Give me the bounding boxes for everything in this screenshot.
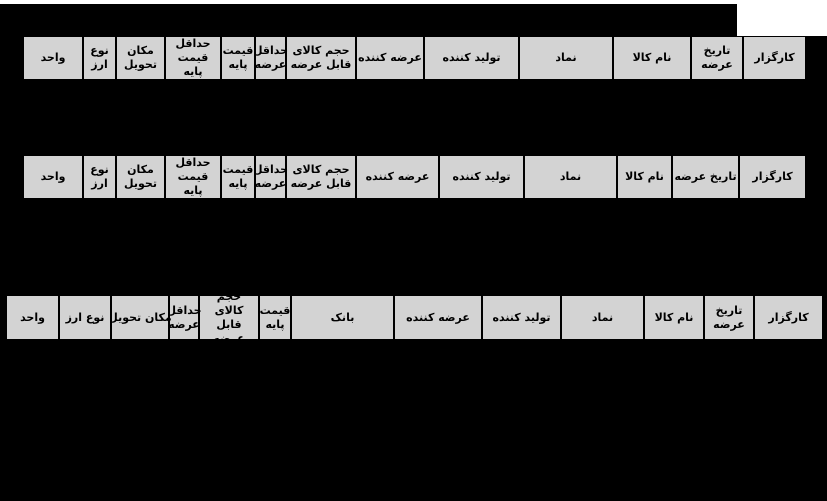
header-unit: واحد <box>7 296 58 339</box>
header-commodity-name: نام کالا <box>614 37 690 79</box>
header-currency-type: نوع ارز <box>84 156 115 198</box>
header-base-price: قیمت پایه <box>222 156 254 198</box>
header-delivery-location: مکان تحویل <box>112 296 168 339</box>
header-commodity-name: نام کالا <box>618 156 671 198</box>
header-min-supply: حداقل عرضه <box>256 156 285 198</box>
header-currency-type: نوع ارز <box>60 296 110 339</box>
header-min-base-price: حداقل قیمت پایه <box>166 156 220 198</box>
header-producer: تولید کننده <box>483 296 560 339</box>
header-min-supply: حداقل عرضه <box>170 296 198 339</box>
table1-header-row: کارگزار تاریخ عرضه نام کالا نماد تولید ک… <box>24 37 805 79</box>
header-supplier: عرضه کننده <box>395 296 481 339</box>
table2-header-row: کارگزار تاریخ عرضه نام کالا نماد تولید ک… <box>24 156 805 198</box>
header-commodity-name: نام کالا <box>645 296 703 339</box>
header-unit: واحد <box>24 37 82 79</box>
header-supply-volume: حجم کالای قابل عرضه <box>287 156 355 198</box>
header-min-supply: حداقل عرضه <box>256 37 285 79</box>
header-symbol: نماد <box>525 156 616 198</box>
header-base-price: قیمت پایه <box>260 296 290 339</box>
header-broker: کارگزار <box>755 296 822 339</box>
header-delivery-location: مکان تحویل <box>117 37 164 79</box>
header-supplier: عرضه کننده <box>357 156 438 198</box>
header-broker: کارگزار <box>744 37 805 79</box>
header-delivery-location: مکان تحویل <box>117 156 164 198</box>
header-bank: بانک <box>292 296 393 339</box>
header-symbol: نماد <box>520 37 612 79</box>
page-top-edge <box>0 0 827 4</box>
header-currency-type: نوع ارز <box>84 37 115 79</box>
header-supply-date: تاریخ عرضه <box>692 37 742 79</box>
header-min-base-price: حداقل قیمت پایه <box>166 37 220 79</box>
header-producer: تولید کننده <box>440 156 523 198</box>
header-unit: واحد <box>24 156 82 198</box>
page-top-right-gap <box>737 0 827 36</box>
header-supplier: عرضه کننده <box>357 37 423 79</box>
header-producer: تولید کننده <box>425 37 518 79</box>
header-supply-date: تاریخ عرضه <box>673 156 738 198</box>
page: { "colors": { "background": "#000000", "… <box>0 0 827 501</box>
header-supply-date: تاریخ عرضه <box>705 296 753 339</box>
header-symbol: نماد <box>562 296 643 339</box>
header-supply-volume: حجم کالای قابل عرضه <box>200 296 258 339</box>
header-base-price: قیمت پایه <box>222 37 254 79</box>
header-supply-volume: حجم کالای قابل عرضه <box>287 37 355 79</box>
header-broker: کارگزار <box>740 156 805 198</box>
table3-header-row: کارگزار تاریخ عرضه نام کالا نماد تولید ک… <box>7 296 822 339</box>
